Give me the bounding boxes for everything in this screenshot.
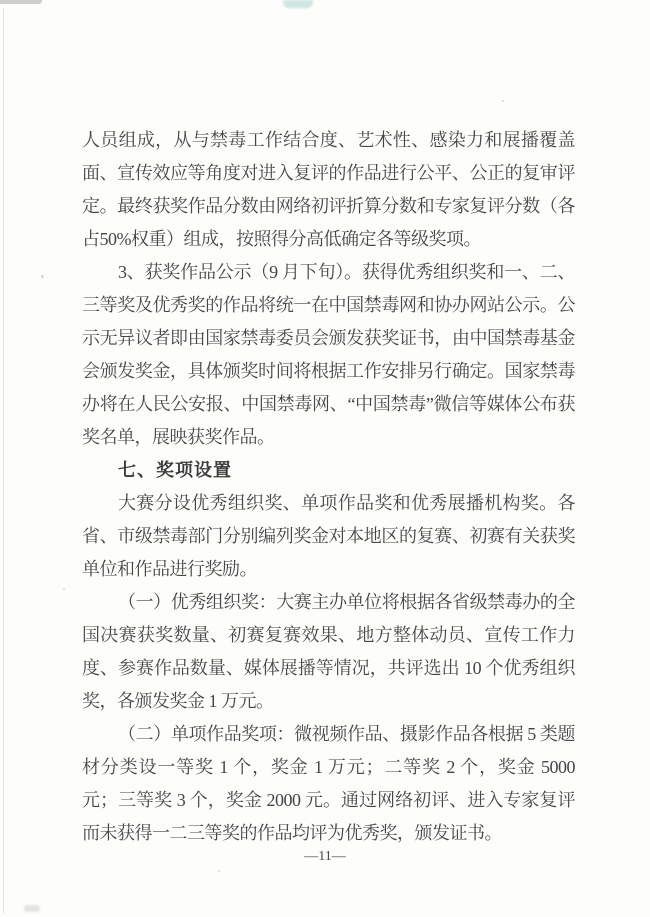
- paragraph-organization-award: （一）优秀组织奖：大赛主办单位将根据各省级禁毒办的全国决赛获奖数量、初赛复赛效果…: [82, 586, 575, 718]
- scan-speck: [63, 588, 65, 590]
- section-heading-awards-setup: 七、奖项设置: [82, 454, 575, 487]
- scan-speck: [502, 100, 504, 102]
- document-body: 人员组成，从与禁毒工作结合度、艺术性、感染力和展播覆盖面、宣传效应等角度对进入复…: [82, 124, 575, 850]
- paragraph-individual-work-award: （二）单项作品奖项：微视频作品、摄影作品各根据 5 类题材分类设一等奖 1 个，…: [82, 718, 575, 850]
- scan-smudge-top-left: [0, 0, 42, 4]
- scan-speck: [218, 870, 220, 872]
- paragraph-award-publicity: 3、获奖作品公示（9 月下旬）。获得优秀组织奖和一、二、三等奖及优秀奖的作品将统…: [82, 256, 575, 454]
- scanned-document-page: 人员组成，从与禁毒工作结合度、艺术性、感染力和展播覆盖面、宣传效应等角度对进入复…: [0, 0, 650, 917]
- page-number: —11—: [0, 849, 650, 865]
- scan-smudge-bottom-left: [24, 905, 40, 912]
- scan-edge-line: [3, 8, 4, 913]
- paragraph-evaluation-continued: 人员组成，从与禁毒工作结合度、艺术性、感染力和展播覆盖面、宣传效应等角度对进入复…: [82, 124, 575, 256]
- scan-smudge-top-center: [283, 0, 313, 8]
- paragraph-award-categories: 大赛分设优秀组织奖、单项作品奖和优秀展播机构奖。各省、市级禁毒部门分别编列奖金对…: [82, 487, 575, 586]
- scan-speck: [41, 275, 44, 278]
